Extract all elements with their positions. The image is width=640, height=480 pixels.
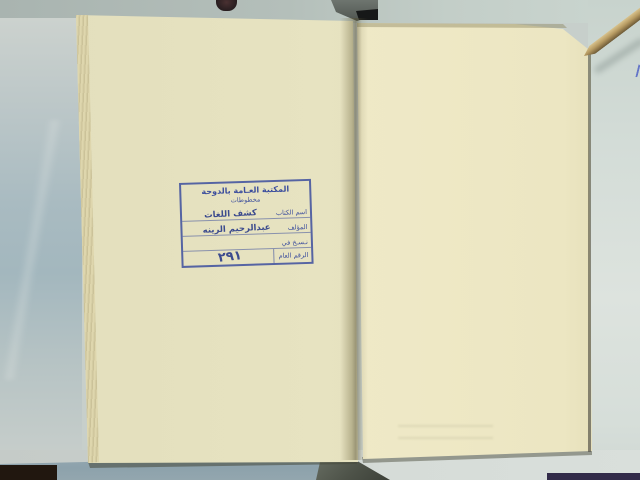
dark-ledge-bottom-left [0,465,57,480]
stamp-label-copied-in: نـسـخ في [282,237,309,248]
photo-open-manuscript-book: المكتبة العـامة بالدوحة مخطوطات اسم الكت… [0,0,640,480]
stamp-label-general-number: الرقم العام [273,248,308,263]
stamp-label-book-title: اسم الكتاب [276,207,307,218]
book-gutter-shadow [340,18,368,460]
dark-strip-bottom-right [547,473,640,480]
stamp-field-general-number: الرقم العام ٢٩١ [183,248,311,266]
right-page-edge-line [588,48,591,452]
ink-showthrough-marks [398,420,493,440]
library-stamp: المكتبة العـامة بالدوحة مخطوطات اسم الكت… [179,179,314,268]
stamp-label-author: المؤلف [288,222,308,233]
table-cloth-wrinkle [4,120,64,380]
